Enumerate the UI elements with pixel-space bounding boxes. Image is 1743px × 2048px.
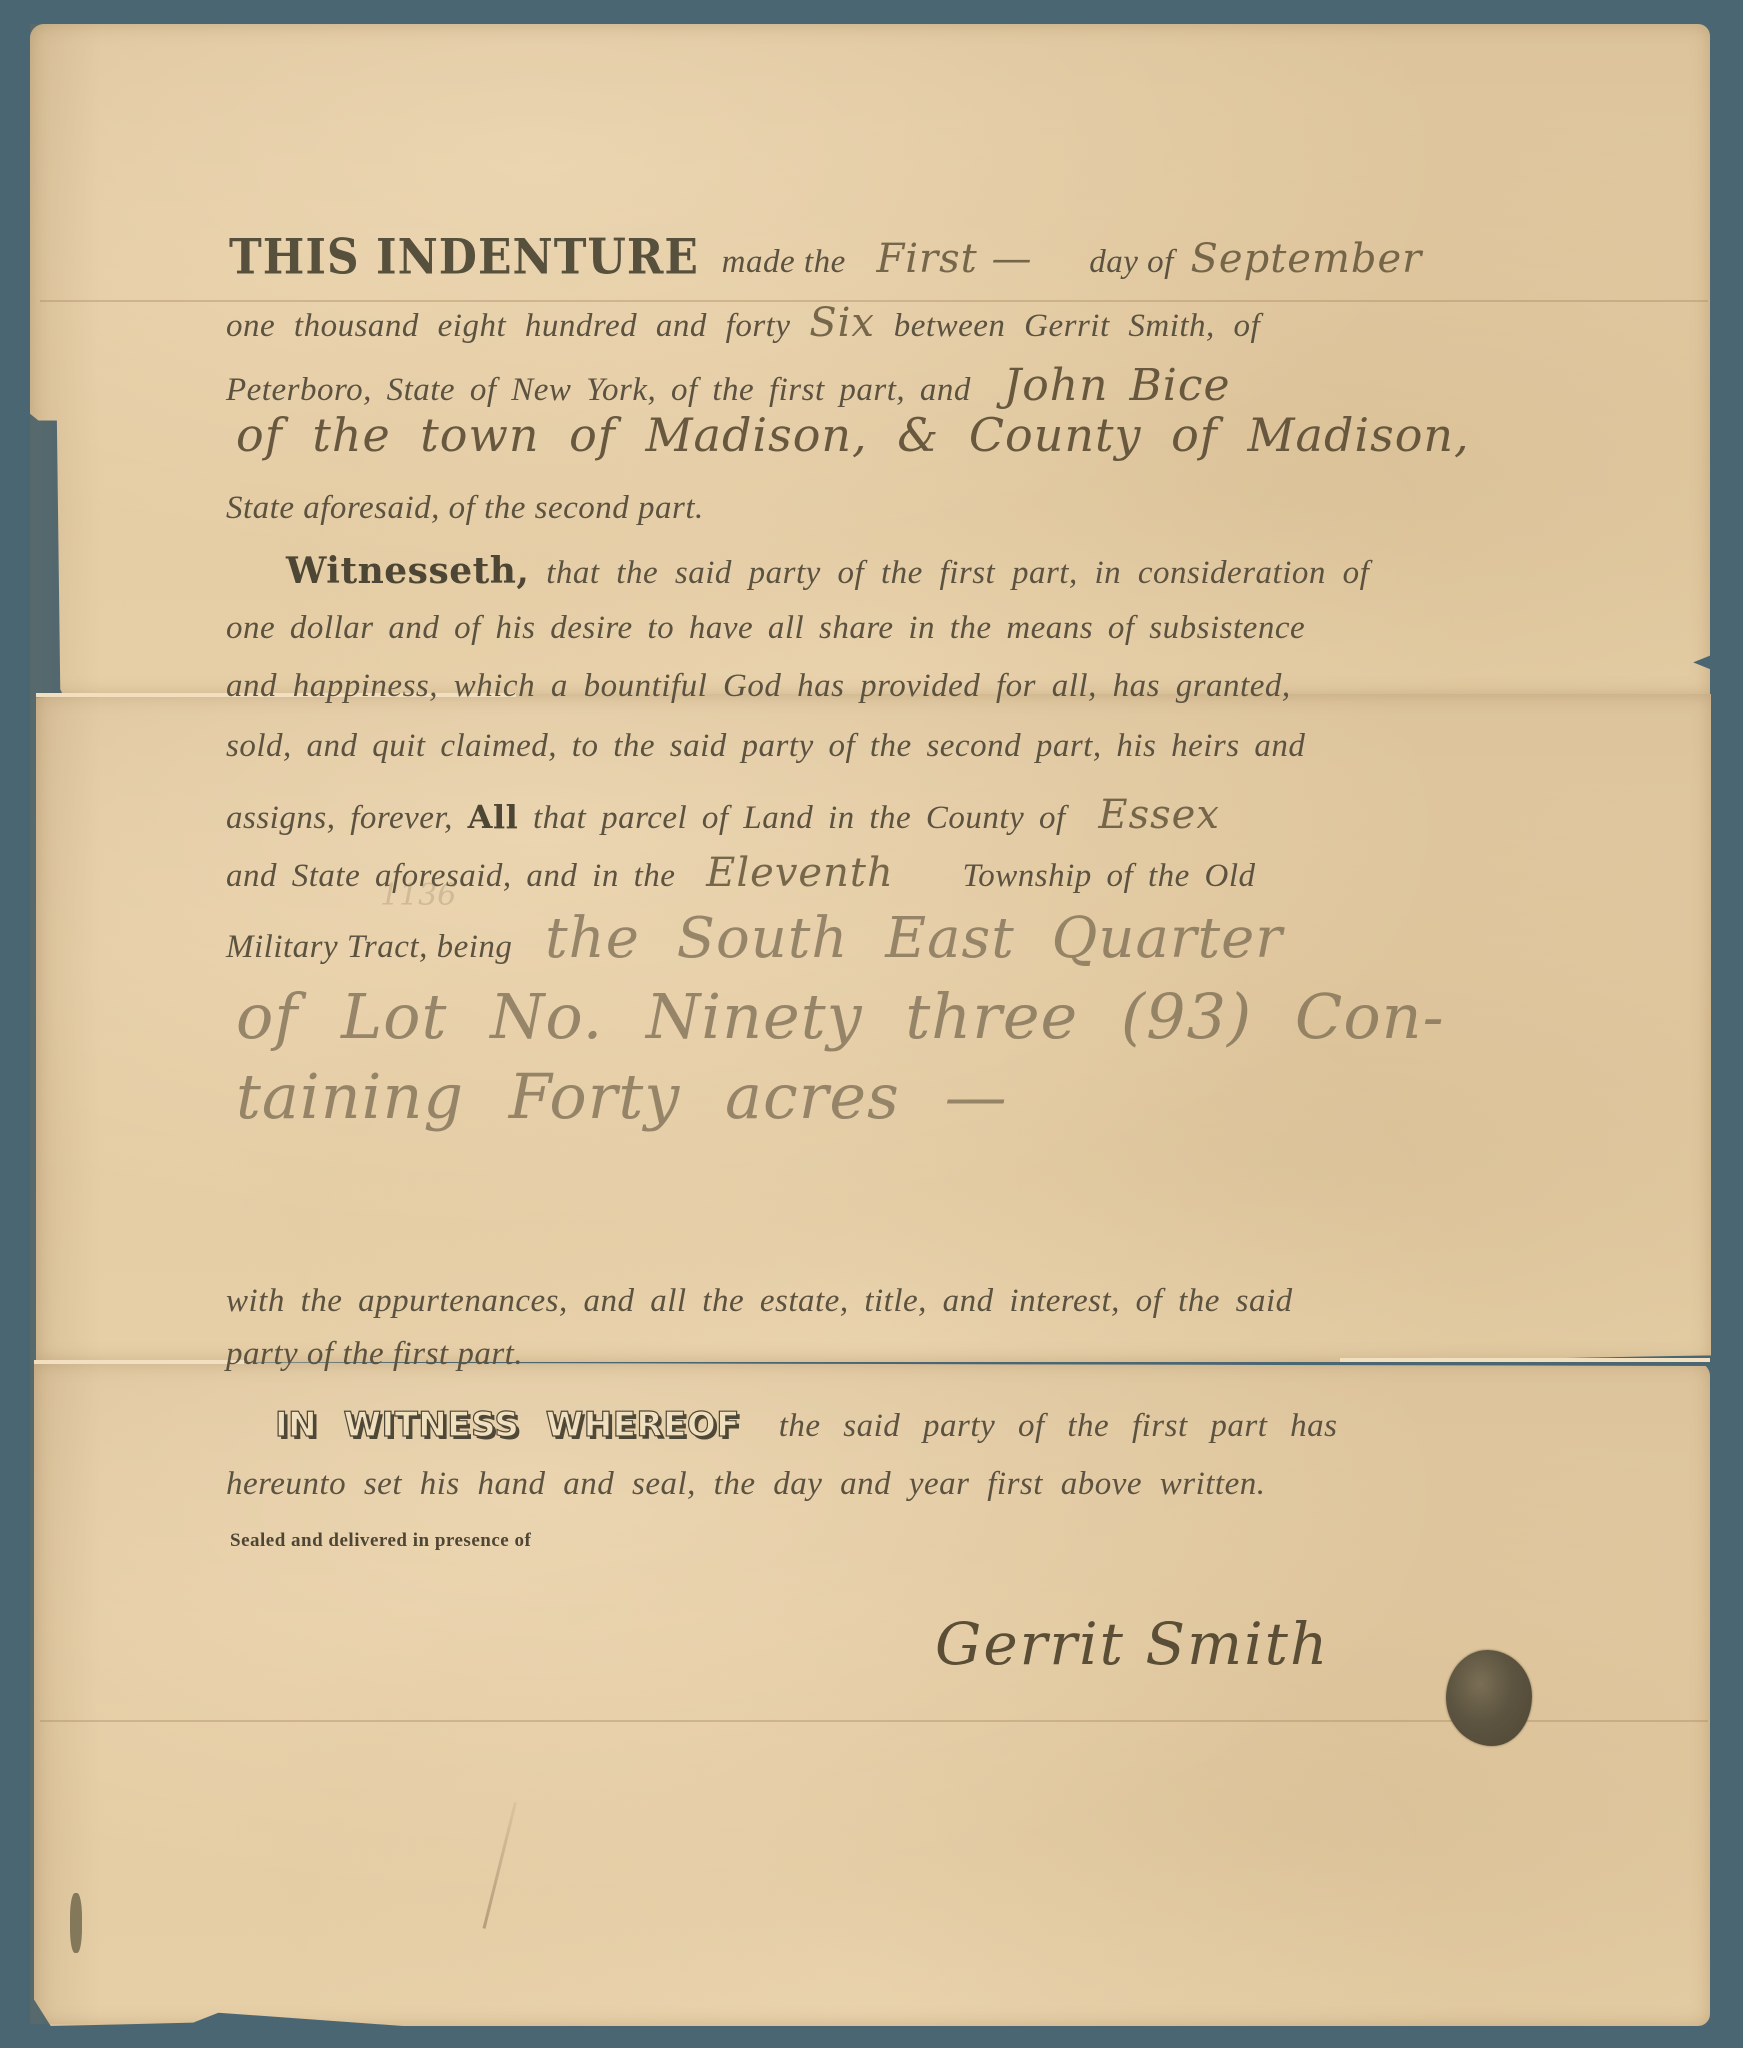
handwritten-quarter: the South East Quarter — [545, 906, 1283, 971]
old-township-text: Township of the Old — [962, 858, 1255, 894]
year-text: one thousand eight hundred and forty — [226, 308, 790, 344]
day-of-text: day of — [1089, 244, 1174, 280]
quit-claim-line: sold, and quit claimed, to the said part… — [226, 728, 1305, 765]
made-the-text: made the — [722, 244, 846, 280]
in-witness-text: the said party of the first part has — [779, 1408, 1338, 1444]
year-line: one thousand eight hundred and forty Six… — [226, 300, 1260, 346]
handwritten-grantee-name: John Bice — [1004, 360, 1231, 411]
ink-stain — [70, 1893, 82, 1953]
handwritten-grantee-residence: of the town of Madison, & County of Madi… — [236, 408, 1470, 462]
hand-and-seal-line: hereunto set his hand and seal, the day … — [226, 1466, 1266, 1503]
first-part-line: party of the first part. — [226, 1336, 523, 1373]
parcel-line: assigns, forever, All that parcel of Lan… — [226, 792, 1220, 838]
handwritten-year: Six — [809, 300, 875, 346]
handwritten-acreage: taining Forty acres — — [236, 1060, 1008, 1133]
handwritten-month: September — [1191, 236, 1423, 282]
happiness-line: and happiness, which a bountiful God has… — [226, 668, 1291, 705]
handwritten-day: First — — [876, 236, 1032, 282]
handwritten-lot-number: of Lot No. Ninety three (93) Con- — [236, 980, 1445, 1053]
signature-gerrit-smith: Gerrit Smith — [935, 1610, 1329, 1678]
in-witness-line: IN WITNESS WHEREOF the said party of the… — [275, 1405, 1338, 1445]
consideration-line: one dollar and of his desire to have all… — [226, 610, 1305, 647]
witnesseth-line: Witnesseth, that the said party of the f… — [286, 550, 1369, 592]
military-tract-line: Military Tract, being the South East Qua… — [226, 906, 1283, 971]
wax-seal — [1446, 1650, 1532, 1746]
in-witness-heading: IN WITNESS WHEREOF — [275, 1405, 740, 1445]
witnesseth-word: Witnesseth, — [286, 550, 529, 592]
grantor-residence-text: Peterboro, State of New York, of the fir… — [226, 372, 971, 408]
appurtenances-line: with the appurtenances, and all the esta… — [226, 1283, 1293, 1320]
title-this-indenture: THIS INDENTURE — [229, 229, 699, 285]
witnesseth-text: that the said party of the first part, i… — [546, 555, 1369, 591]
assigns-text: assigns, forever, — [226, 800, 453, 836]
grantor-residence-line: Peterboro, State of New York, of the fir… — [226, 360, 1231, 411]
handwritten-township: Eleventh — [706, 850, 894, 896]
military-tract-text: Military Tract, being — [226, 929, 512, 965]
tear-lower-left — [34, 1360, 244, 1364]
second-part-line: State aforesaid, of the second part. — [226, 490, 704, 527]
parcel-text: that parcel of Land in the County of — [533, 800, 1066, 836]
tear-lower-right — [1340, 1358, 1710, 1362]
opening-line: THIS INDENTURE made the First — day of S… — [229, 232, 1422, 283]
grantor-text: between Gerrit Smith, of — [894, 308, 1260, 344]
handwritten-county: Essex — [1098, 792, 1219, 838]
document-scan: THIS INDENTURE made the First — day of S… — [0, 0, 1743, 2048]
sealed-delivered-label: Sealed and delivered in presence of — [230, 1530, 531, 1552]
all-word: All — [468, 798, 519, 836]
